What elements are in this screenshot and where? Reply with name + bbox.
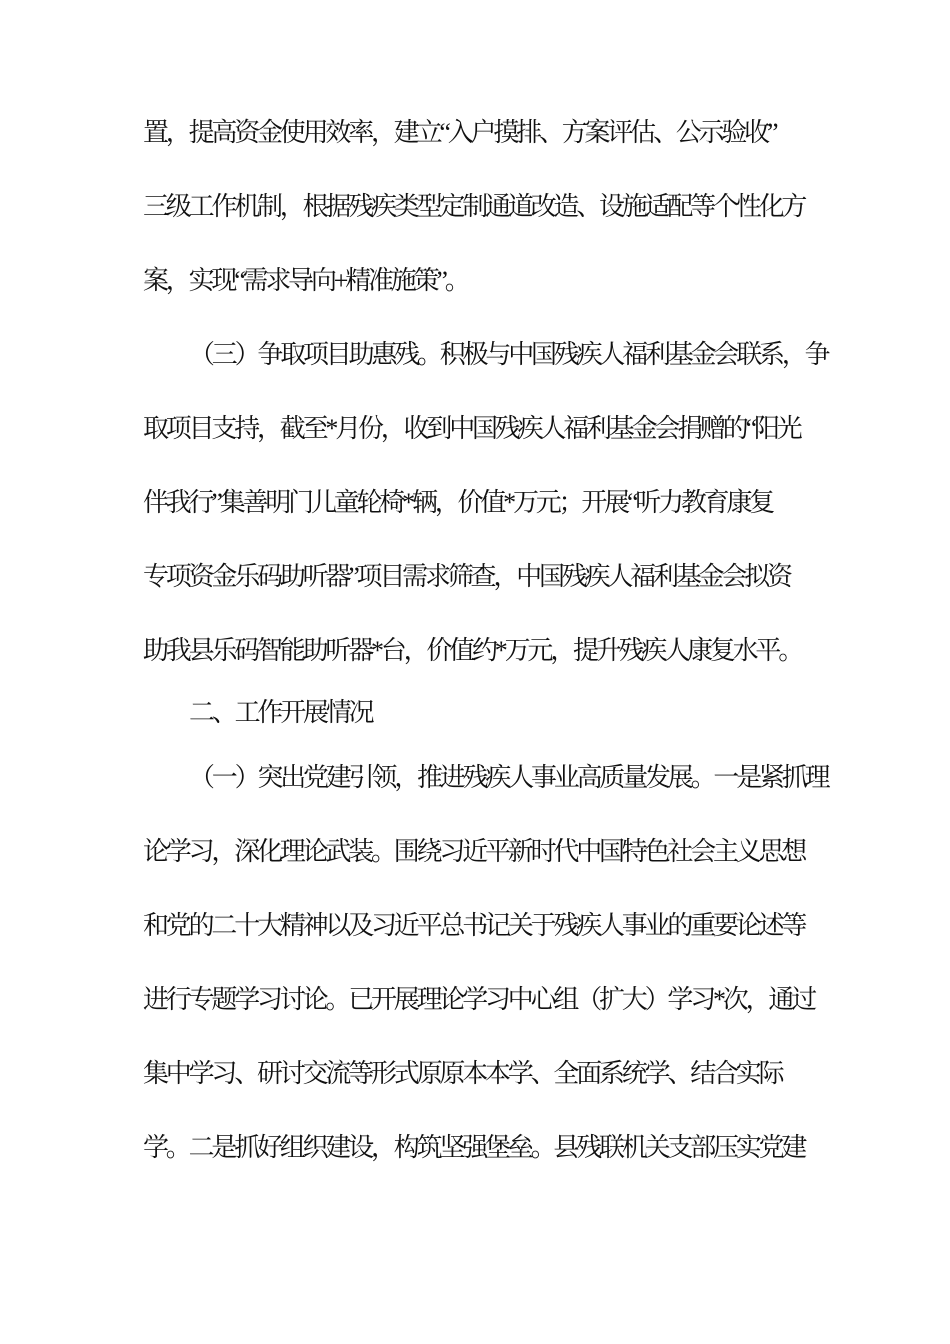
text-line: （三）争取项目助惠残。积极与中国残疾人福利基金会联系，争 <box>189 342 827 368</box>
text-line: 取项目支持，截至*月份，收到中国残疾人福利基金会捐赠的“阳光 <box>143 416 800 442</box>
text-line: 和党的二十大精神以及习近平总书记关于残疾人事业的重要论述等 <box>143 913 804 939</box>
text-line: 论学习，深化理论武装。围绕习近平新时代中国特色社会主义思想 <box>143 839 804 865</box>
text-line: 案，实现“需求导向+精准施策”。 <box>143 268 468 294</box>
text-line: 置，提高资金使用效率，建立“入户摸排、方案评估、公示验收” <box>143 120 775 146</box>
text-line: 助我县乐码智能助听器*台，价值约*万元，提升残疾人康复水平。 <box>143 638 801 664</box>
text-line: 进行专题学习讨论。已开展理论学习中心组（扩大）学习*次，通过 <box>143 987 814 1013</box>
text-line: （一）突出党建引领，推进残疾人事业高质量发展。一是紧抓理 <box>189 765 827 791</box>
document-page: 置，提高资金使用效率，建立“入户摸排、方案评估、公示验收” 三级工作机制，根据残… <box>0 0 950 1344</box>
text-line: 伴我行”集善明门儿童轮椅*辆，价值*万元；开展“听力教育康复 <box>143 490 772 516</box>
heading-line: 二、工作开展情况 <box>189 700 371 726</box>
text-line: 集中学习、研讨交流等形式原原本本学、全面系统学、结合实际 <box>143 1061 781 1087</box>
text-line: 学。二是抓好组织建设，构筑坚强堡垒。县残联机关支部压实党建 <box>143 1135 804 1161</box>
text-line: 三级工作机制，根据残疾类型定制通道改造、设施适配等个性化方 <box>143 194 804 220</box>
text-line: 专项资金乐码助听器”项目需求筛查，中国残疾人福利基金会拟资 <box>143 564 790 590</box>
